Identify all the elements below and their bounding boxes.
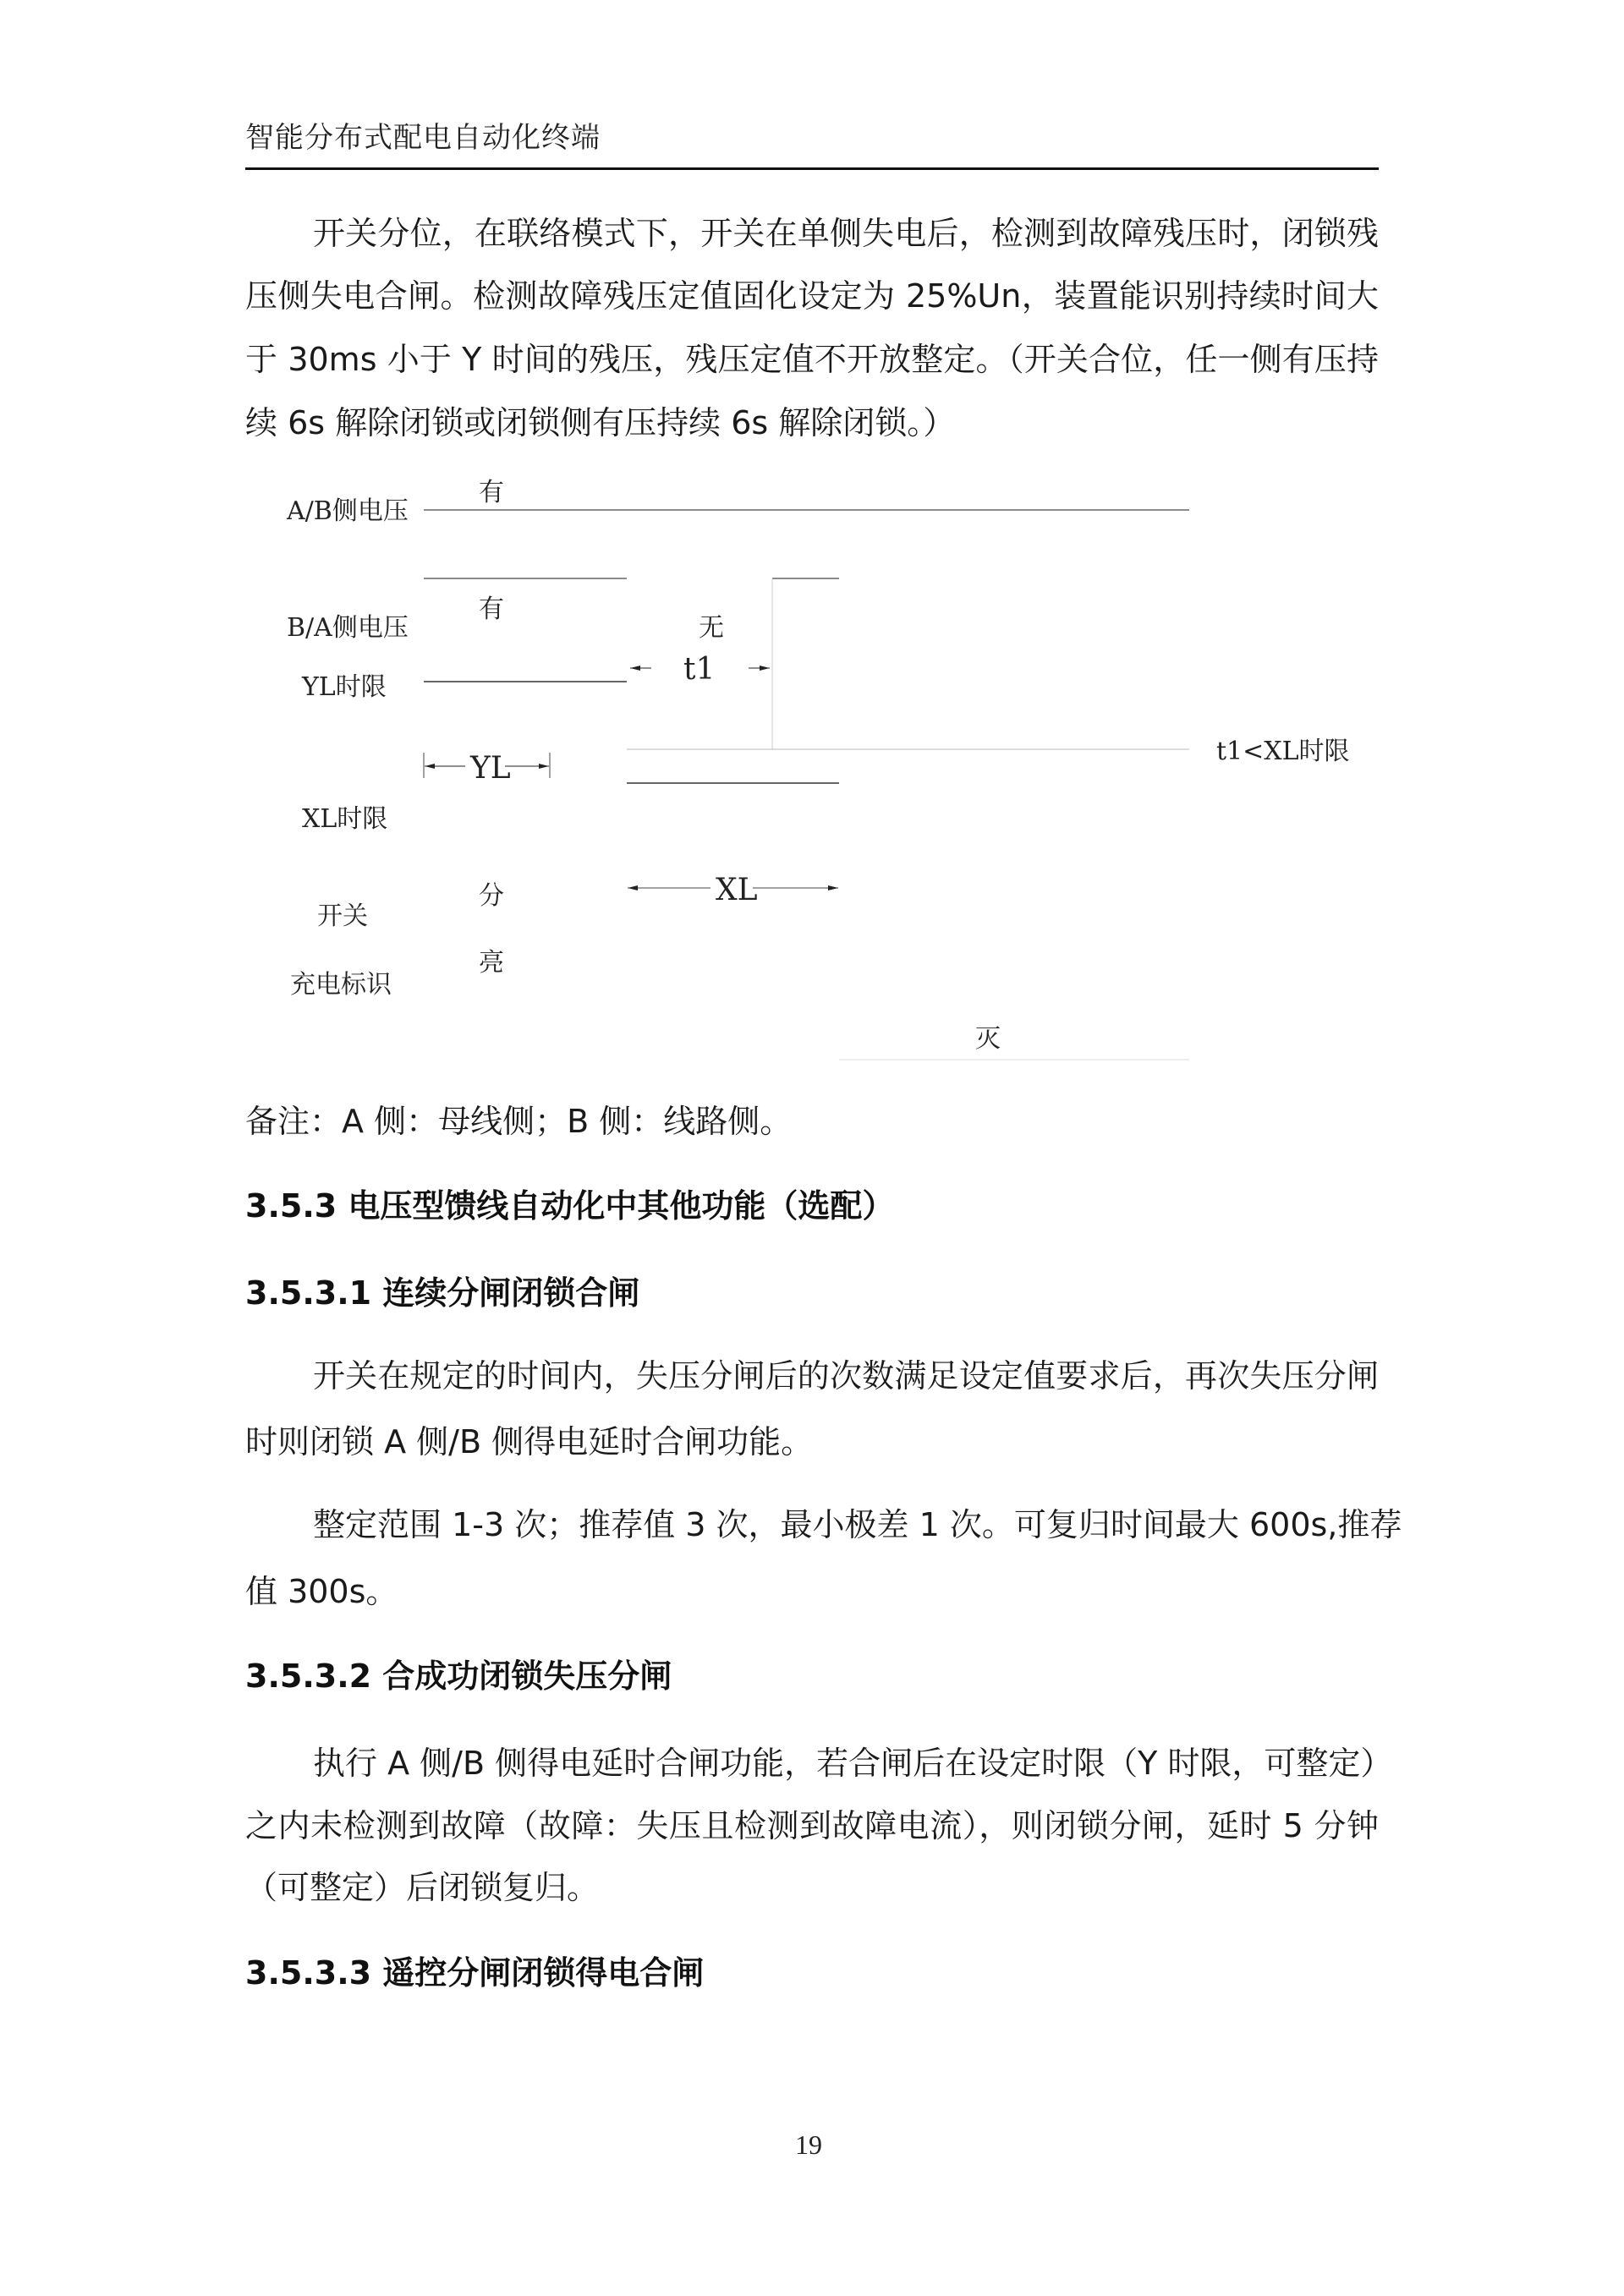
row-label-ab-voltage: A/B侧电压 xyxy=(286,496,409,526)
state-label-ab-has: 有 xyxy=(479,478,504,507)
state-label-switch-open: 分 xyxy=(479,881,504,911)
timing-diagram: A/B侧电压 B/A侧电压 YL时限 XL时限 开关 充电标识 有 有 无 t1… xyxy=(0,0,1624,1099)
row-label-xl-limit: XL时限 xyxy=(302,804,387,834)
paragraph-line: （可整定）后闭锁复归。 xyxy=(245,1867,1379,1908)
section-heading-3-5-3-3: 3.5.3.3 遥控分闸闭锁得电合闸 xyxy=(245,1953,704,1993)
state-label-indicator-off: 灭 xyxy=(975,1024,1001,1054)
paragraph-line: 之内未检测到故障（故障：失压且检测到故障电流），则闭锁分闸，延时 5 分钟 xyxy=(245,1806,1379,1846)
interval-label-xl: XL xyxy=(716,873,758,907)
diagram-note: 备注：A 侧：母线侧；B 侧：线路侧。 xyxy=(245,1101,792,1142)
section-heading-3-5-3: 3.5.3 电压型馈线自动化中其他功能（选配） xyxy=(245,1186,894,1226)
paragraph-line: 时则闭锁 A 侧/B 侧得电延时合闸功能。 xyxy=(245,1422,1379,1462)
row-label-charge-indicator: 充电标识 xyxy=(290,970,392,1000)
state-label-indicator-on: 亮 xyxy=(479,948,504,978)
interval-label-yl: YL xyxy=(469,751,511,786)
page-number: 19 xyxy=(795,2129,822,2161)
section-heading-3-5-3-2: 3.5.3.2 合成功闭锁失压分闸 xyxy=(245,1656,672,1696)
state-label-ba-has: 有 xyxy=(479,595,504,624)
paragraph-line: 执行 A 侧/B 侧得电延时合闸功能，若合闸后在设定时限（Y 时限，可整定） xyxy=(313,1743,1379,1784)
paragraph-line: 值 300s。 xyxy=(245,1571,1379,1612)
row-label-ba-voltage: B/A侧电压 xyxy=(287,613,409,643)
state-label-ba-none: 无 xyxy=(699,613,724,643)
condition-label: t1<XL时限 xyxy=(1216,737,1350,766)
row-label-yl-limit: YL时限 xyxy=(301,672,387,702)
interval-label-t1: t1 xyxy=(683,652,715,687)
paragraph-line: 整定范围 1-3 次；推荐值 3 次，最小极差 1 次。可复归时间最大 600s… xyxy=(313,1504,1379,1545)
row-label-switch: 开关 xyxy=(317,901,368,931)
paragraph-line: 开关在规定的时间内，失压分闸后的次数满足设定值要求后，再次失压分闸 xyxy=(313,1356,1379,1396)
section-heading-3-5-3-1: 3.5.3.1 连续分闸闭锁合闸 xyxy=(245,1273,639,1313)
